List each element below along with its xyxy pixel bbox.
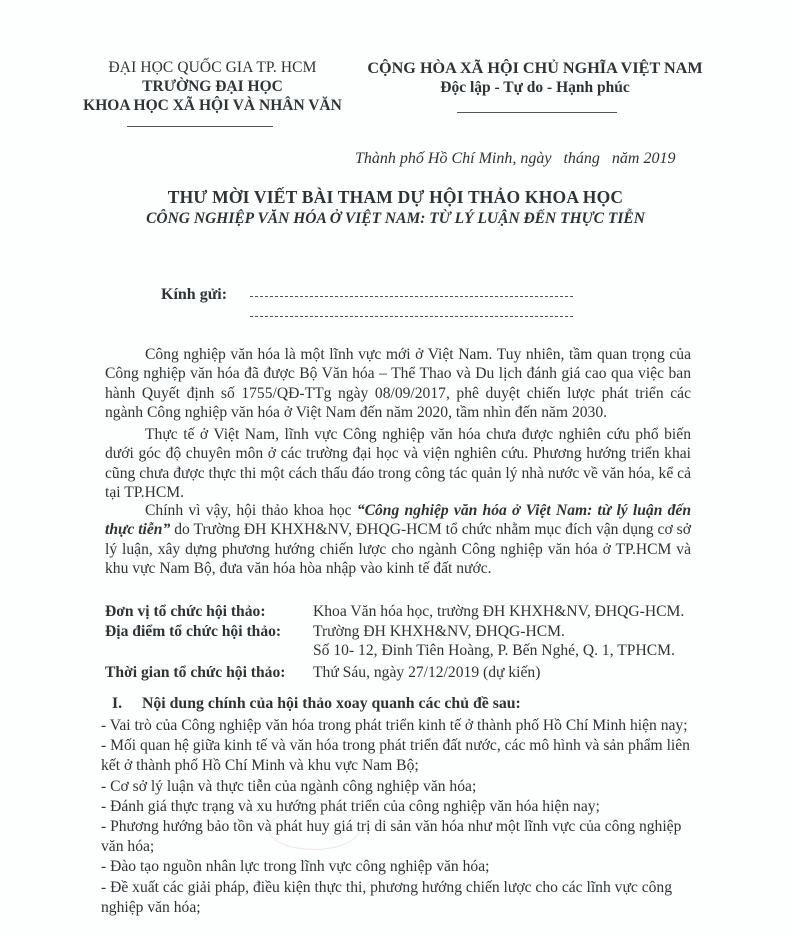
list-item: - Cơ sở lý luận và thực tiễn của ngành c…: [101, 777, 701, 797]
paragraph-purpose-text: Chính vì vậy, hội thảo khoa học “Công ng…: [105, 501, 691, 579]
issuer-underline: [127, 126, 273, 127]
paragraph-context-text: Thực tế ở Việt Nam, lĩnh vực Công nghiệp…: [105, 425, 691, 503]
document-title: THƯ MỜI VIẾT BÀI THAM DỰ HỘI THẢO KHOA H…: [0, 187, 791, 208]
list-item: - Đào tạo nguồn nhân lực trong lĩnh vực …: [101, 857, 701, 877]
issuer-line-1: ĐẠI HỌC QUỐC GIA TP. HCM: [60, 58, 365, 77]
section-1-number: I.: [112, 695, 142, 713]
section-1-title: Nội dung chính của hội thảo xoay quanh c…: [142, 695, 521, 712]
national-underline: [457, 112, 617, 113]
list-item: - Đánh giá thực trạng và xu hướng phát t…: [101, 797, 701, 817]
topics-list: - Vai trò của Công nghiệp văn hóa trong …: [101, 716, 701, 918]
paragraph-intro-text: Công nghiệp văn hóa là một lĩnh vực mới …: [105, 345, 691, 423]
organizer-value: Khoa Văn hóa học, trường ĐH KHXH&NV, ĐHQ…: [313, 602, 684, 622]
time-value: Thứ Sáu, ngày 27/12/2019 (dự kiến): [313, 663, 540, 683]
dateline: Thành phố Hồ Chí Minh, ngày tháng năm 20…: [355, 150, 675, 168]
recipient-blank-line-2: [250, 316, 573, 317]
paragraph-context: Thực tế ở Việt Nam, lĩnh vực Công nghiệp…: [105, 425, 691, 503]
organizer-label: Đơn vị tổ chức hội thảo:: [105, 602, 266, 622]
national-header: CỘNG HÒA XÃ HỘI CHỦ NGHĨA VIỆT NAM Độc l…: [355, 58, 715, 98]
issuer-line-2: TRƯỜNG ĐẠI HỌC: [60, 77, 365, 96]
recipient-blank-line-1: [250, 296, 573, 297]
national-motto: Độc lập - Tự do - Hạnh phúc: [355, 78, 715, 98]
venue-value-1: Trường ĐH KHXH&NV, ĐHQG-HCM.: [313, 622, 565, 642]
section-1-heading: I.Nội dung chính của hội thảo xoay quanh…: [112, 695, 521, 713]
issuer-line-3: KHOA HỌC XÃ HỘI VÀ NHÂN VĂN: [60, 96, 365, 115]
issuer-header: ĐẠI HỌC QUỐC GIA TP. HCM TRƯỜNG ĐẠI HỌC …: [60, 58, 365, 115]
recipient-label: Kính gửi:: [161, 286, 227, 304]
list-item: - Đề xuất các giải pháp, điều kiện thực …: [101, 878, 701, 918]
purpose-lead: Chính vì vậy, hội thảo khoa học: [145, 502, 357, 519]
faint-stamp-mark: [268, 808, 360, 850]
venue-label: Địa điểm tổ chức hội thảo:: [105, 622, 281, 642]
national-title: CỘNG HÒA XÃ HỘI CHỦ NGHĨA VIỆT NAM: [355, 58, 715, 78]
time-label: Thời gian tổ chức hội thảo:: [105, 663, 285, 683]
list-item: - Vai trò của Công nghiệp văn hóa trong …: [101, 716, 701, 736]
venue-value-2: Số 10- 12, Đinh Tiên Hoàng, P. Bến Nghé,…: [313, 641, 675, 661]
document-page: ĐẠI HỌC QUỐC GIA TP. HCM TRƯỜNG ĐẠI HỌC …: [0, 0, 791, 937]
purpose-rest: do Trường ĐH KHXH&NV, ĐHQG-HCM tổ chức n…: [105, 521, 691, 577]
list-item: - Phương hướng bảo tồn và phát huy giá t…: [101, 817, 701, 857]
list-item: - Mối quan hệ giữa kinh tế và văn hóa tr…: [101, 736, 701, 776]
paragraph-intro: Công nghiệp văn hóa là một lĩnh vực mới …: [105, 345, 691, 423]
paragraph-purpose: Chính vì vậy, hội thảo khoa học “Công ng…: [105, 501, 691, 579]
document-subtitle: CÔNG NGHIỆP VĂN HÓA Ở VIỆT NAM: TỪ LÝ LU…: [0, 210, 791, 228]
